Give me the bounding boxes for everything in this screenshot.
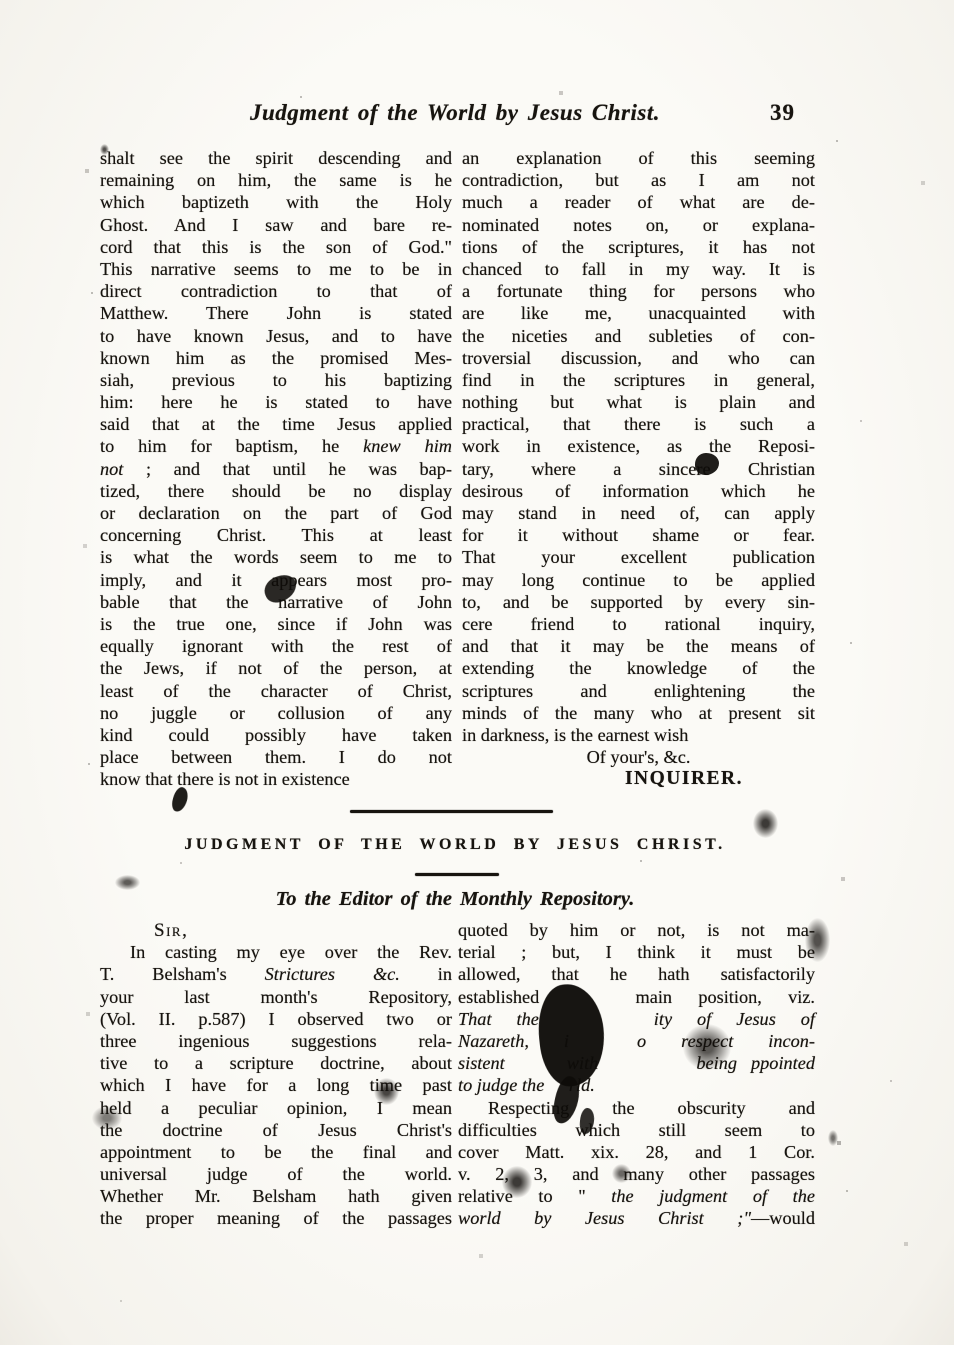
text-segment: Whether Mr. Belsham hath given [100, 1186, 452, 1206]
text-line: an explanation of this seeming [462, 147, 815, 169]
text-line: are like me, unacquainted with [462, 302, 815, 324]
text-line: not ; and that until he was bap- [100, 458, 452, 480]
text-line: That your excellent publication [462, 546, 815, 568]
ink-blot [828, 1130, 838, 1146]
text-segment: held a peculiar opinion, I mean [100, 1098, 452, 1118]
text-line: him: here he is stated to have [100, 391, 452, 413]
text-line: equally ignorant with the rest of [100, 635, 452, 657]
text-segment: cover Matt. xix. 28, and 1 Cor. [458, 1142, 815, 1162]
article2-left-column: Sir,In casting my eye over the Rev.T. Be… [100, 919, 452, 1230]
article1-left-column: shalt see the spirit descending andremai… [100, 147, 452, 790]
ink-blot [805, 918, 830, 962]
text-line: Whether Mr. Belsham hath given [100, 1185, 452, 1207]
text-segment: Sir, [154, 920, 188, 941]
text-segment: relative to " [458, 1186, 611, 1206]
ink-blot [115, 875, 140, 890]
text-line: to him for baptism, he knew him [100, 435, 452, 457]
text-line: allowed, that he hath satisfactorily [458, 963, 815, 985]
obscured-text-gap [660, 1067, 696, 1069]
running-header-title: Judgment of the World by Jesus Christ. [90, 100, 820, 126]
text-line: Ghost. And I saw and bare re- [100, 214, 452, 236]
text-line: cover Matt. xix. 28, and 1 Cor. [458, 1141, 815, 1163]
text-segment: In casting my eye over the Rev. [130, 942, 452, 962]
text-segment: is what the words seem to me to [100, 547, 452, 567]
text-segment: direct contradiction to that of [100, 281, 452, 301]
text-line: a fortunate thing for persons who [462, 280, 815, 302]
text-segment: universal judge of the world. [100, 1164, 452, 1184]
text-segment: the proper meaning of the passages [100, 1208, 452, 1228]
text-line: to have known Jesus, and to have [100, 325, 452, 347]
text-segment: practical, that there is such a [462, 414, 815, 434]
text-line: In casting my eye over the Rev. [100, 941, 452, 963]
text-segment: your last month's Repository, [100, 987, 452, 1007]
text-line: INQUIRER. [462, 768, 815, 790]
text-segment: Ghost. And I saw and bare re- [100, 215, 452, 235]
text-line: universal judge of the world. [100, 1163, 452, 1185]
text-segment: and that it may be the means of [462, 636, 815, 656]
text-line: sistent with beingppointed [458, 1052, 815, 1074]
text-line: tary, where a sincere Christian [462, 458, 815, 480]
text-line: (Vol. II. p.587) I observed two or [100, 1008, 452, 1030]
text-segment: nothing but what is plain and [462, 392, 815, 412]
text-line: nominated notes on, or explana- [462, 214, 815, 236]
scan-noise [0, 0, 2, 2]
text-segment: concerning Christ. This at least [100, 525, 452, 545]
ink-blot [502, 1166, 532, 1198]
text-line: troversial discussion, and who can [462, 347, 815, 369]
text-segment: cord that this is the son of God." [100, 237, 452, 257]
text-segment: tive to a scripture doctrine, about [100, 1053, 452, 1073]
text-segment: the doctrine of Jesus Christ's [100, 1120, 452, 1140]
text-line: appointment to be the final and [100, 1141, 452, 1163]
text-segment: may long continue to be applied [462, 570, 815, 590]
text-segment: the Jews, if not of the person, at [100, 658, 452, 678]
text-line: three ingenious suggestions rela- [100, 1030, 452, 1052]
text-segment: tized, there should be no display [100, 481, 452, 501]
text-line: or declaration on the part of God [100, 502, 452, 524]
text-segment: Matthew. There John is stated [100, 303, 452, 323]
text-segment: which baptizeth with the Holy [100, 192, 452, 212]
text-line: That the ity of Jesus of [458, 1008, 815, 1030]
text-line: is what the words seem to me to [100, 546, 452, 568]
text-line: concerning Christ. This at least [100, 524, 452, 546]
text-line: known him as the promised Mes- [100, 347, 452, 369]
text-line: quoted by him or not, is not ma- [458, 919, 815, 941]
text-segment: shalt see the spirit descending and [100, 148, 452, 168]
text-segment: allowed, that he hath satisfactorily [458, 964, 815, 984]
text-line: minds of the many who at present sit [462, 702, 815, 724]
text-segment: the niceties and subleties of con- [462, 326, 815, 346]
text-line: find in the scriptures in general, [462, 369, 815, 391]
text-segment: terial ; but, I think it must be [458, 942, 815, 962]
text-segment: ity of Jesus of [654, 1009, 815, 1029]
text-line: T. Belsham's Strictures &c. in [100, 963, 452, 985]
text-segment: troversial discussion, and who can [462, 348, 815, 368]
text-line: tized, there should be no display [100, 480, 452, 502]
text-line: desirous of information which he [462, 480, 815, 502]
text-line: cere friend to rational inquiry, [462, 613, 815, 635]
text-line: Respecting the obscurity and [458, 1097, 815, 1119]
text-segment: remaining on him, the same is he [100, 170, 452, 190]
text-line: terial ; but, I think it must be [458, 941, 815, 963]
text-segment: ; and that until he was bap- [123, 459, 452, 479]
text-segment: is the true one, since if John was [100, 614, 452, 634]
text-segment: in [400, 964, 452, 984]
text-line: kind could possibly have taken [100, 724, 452, 746]
text-segment: T. Belsham's [100, 964, 265, 984]
text-segment: an explanation of this seeming [462, 148, 815, 168]
text-segment: least of the character of Christ, [100, 681, 452, 701]
text-segment: know that there is not in existence [100, 769, 350, 789]
text-line: contradiction, but as I am not [462, 169, 815, 191]
text-segment: difficulties which still seem to [458, 1120, 815, 1140]
text-segment: to judge the [458, 1075, 549, 1095]
text-line: tive to a scripture doctrine, about [100, 1052, 452, 1074]
text-line: cord that this is the son of God." [100, 236, 452, 258]
text-line: said that at the time Jesus applied [100, 413, 452, 435]
text-segment: contradiction, but as I am not [462, 170, 815, 190]
text-segment: three ingenious suggestions rela- [100, 1031, 452, 1051]
text-line: scriptures and enlightening the [462, 680, 815, 702]
heading-divider-rule [415, 873, 499, 876]
text-line: know that there is not in existence [100, 768, 452, 790]
text-segment: minds of the many who at present sit [462, 703, 815, 723]
text-segment: which I have for a long time past [100, 1075, 452, 1095]
text-segment: —would [751, 1208, 815, 1228]
text-segment: main position, viz. [636, 987, 815, 1007]
text-segment: place between them. I do not [100, 747, 452, 767]
ink-blot [100, 144, 109, 155]
text-segment: work in existence, as the Reposi- [462, 436, 815, 456]
text-segment: quoted by him or not, is not ma- [458, 920, 815, 940]
text-segment: (Vol. II. p.587) I observed two or [100, 1009, 452, 1029]
text-line: held a peculiar opinion, I mean [100, 1097, 452, 1119]
text-line: Of your's, &c. [462, 746, 815, 768]
section-heading: JUDGMENT OF THE WORLD BY JESUS CHRIST. [90, 836, 820, 854]
text-line: the niceties and subleties of con- [462, 325, 815, 347]
text-segment: cere friend to rational inquiry, [462, 614, 815, 634]
text-line: much a reader of what are de- [462, 191, 815, 213]
text-line: shalt see the spirit descending and [100, 147, 452, 169]
text-segment: kind could possibly have taken [100, 725, 452, 745]
text-line: Sir, [100, 919, 452, 941]
text-line: to, and be supported by every sin- [462, 591, 815, 613]
text-line: which baptizeth with the Holy [100, 191, 452, 213]
text-segment: in darkness, is the earnest wish [462, 725, 688, 745]
text-segment: find in the scriptures in general, [462, 370, 815, 390]
text-line: may stand in need of, can apply [462, 502, 815, 524]
text-segment: much a reader of what are de- [462, 192, 815, 212]
text-segment: known him as the promised Mes- [100, 348, 452, 368]
text-segment: to have known Jesus, and to have [100, 326, 452, 346]
text-segment: INQUIRER. [625, 768, 743, 789]
text-line: the Jews, if not of the person, at [100, 657, 452, 679]
text-line: practical, that there is such a [462, 413, 815, 435]
text-segment: for it without shame or fear. [462, 525, 815, 545]
text-segment: to him for baptism, he [100, 436, 363, 456]
text-line: no juggle or collusion of any [100, 702, 452, 724]
text-segment: chanced to fall in my way. It is [462, 259, 815, 279]
article1-right-column: an explanation of this seemingcontradict… [462, 147, 815, 790]
text-line: This narrative seems to me to be in [100, 258, 452, 280]
text-segment: scriptures and enlightening the [462, 681, 815, 701]
scanned-page: Judgment of the World by Jesus Christ. 3… [0, 0, 954, 1345]
text-segment: a fortunate thing for persons who [462, 281, 815, 301]
ink-blot [683, 1024, 731, 1070]
text-line: direct contradiction to that of [100, 280, 452, 302]
text-segment: extending the knowledge of the [462, 658, 815, 678]
ink-blot [92, 1106, 122, 1130]
text-segment: nominated notes on, or explana- [462, 215, 815, 235]
section-divider-rule [350, 810, 553, 813]
text-segment: tary, where a sincere Christian [462, 459, 815, 479]
text-segment: the judgment of the [611, 1186, 815, 1206]
text-segment: him: here he is stated to have [100, 392, 452, 412]
text-segment: world by Jesus Christ ;" [458, 1208, 751, 1228]
text-segment: equally ignorant with the rest of [100, 636, 452, 656]
text-line: Nazareth, io respect incon- [458, 1030, 815, 1052]
text-line: which I have for a long time past [100, 1074, 452, 1096]
text-line: work in existence, as the Reposi- [462, 435, 815, 457]
text-segment: tions of the scriptures, it has not [462, 237, 815, 257]
text-line: least of the character of Christ, [100, 680, 452, 702]
text-segment: Of your's, &c. [587, 747, 691, 767]
text-segment: to, and be supported by every sin- [462, 592, 815, 612]
ink-blot [612, 1164, 631, 1183]
text-line: may long continue to be applied [462, 569, 815, 591]
text-line: to judge the rld. [458, 1074, 815, 1096]
text-segment: no juggle or collusion of any [100, 703, 452, 723]
text-line: siah, previous to his baptizing [100, 369, 452, 391]
text-segment: or declaration on the part of God [100, 503, 452, 523]
text-segment: may stand in need of, can apply [462, 503, 815, 523]
text-segment: Strictures &c. [265, 964, 400, 984]
text-line: nothing but what is plain and [462, 391, 815, 413]
obscured-text-gap [737, 1067, 751, 1069]
text-segment: That your excellent publication [462, 547, 815, 567]
text-line: and that it may be the means of [462, 635, 815, 657]
text-segment: This narrative seems to me to be in [100, 259, 452, 279]
text-line: remaining on him, the same is he [100, 169, 452, 191]
text-line: chanced to fall in my way. It is [462, 258, 815, 280]
text-line: for it without shame or fear. [462, 524, 815, 546]
text-segment: not [100, 459, 123, 479]
text-segment: Respecting the obscurity and [488, 1098, 815, 1118]
text-segment: knew him [363, 436, 452, 456]
text-segment: ppointed [751, 1053, 815, 1073]
page-number: 39 [770, 100, 820, 126]
text-line: established main position, viz. [458, 986, 815, 1008]
text-line: difficulties which still seem to [458, 1119, 815, 1141]
ink-blot [374, 1078, 399, 1105]
text-line: extending the knowledge of the [462, 657, 815, 679]
text-segment: said that at the time Jesus applied [100, 414, 452, 434]
text-line: place between them. I do not [100, 746, 452, 768]
text-segment: desirous of information which he [462, 481, 815, 501]
text-segment: appointment to be the final and [100, 1142, 452, 1162]
text-line: is the true one, since if John was [100, 613, 452, 635]
text-line: tions of the scriptures, it has not [462, 236, 815, 258]
text-line: Matthew. There John is stated [100, 302, 452, 324]
text-line: in darkness, is the earnest wish [462, 724, 815, 746]
text-line: the doctrine of Jesus Christ's [100, 1119, 452, 1141]
editor-address-line: To the Editor of the Monthly Repository. [90, 888, 820, 911]
ink-blot [753, 809, 778, 838]
text-segment: are like me, unacquainted with [462, 303, 815, 323]
text-line: the proper meaning of the passages [100, 1207, 452, 1229]
text-line: your last month's Repository, [100, 986, 452, 1008]
text-segment: siah, previous to his baptizing [100, 370, 452, 390]
text-line: world by Jesus Christ ;"—would [458, 1207, 815, 1229]
